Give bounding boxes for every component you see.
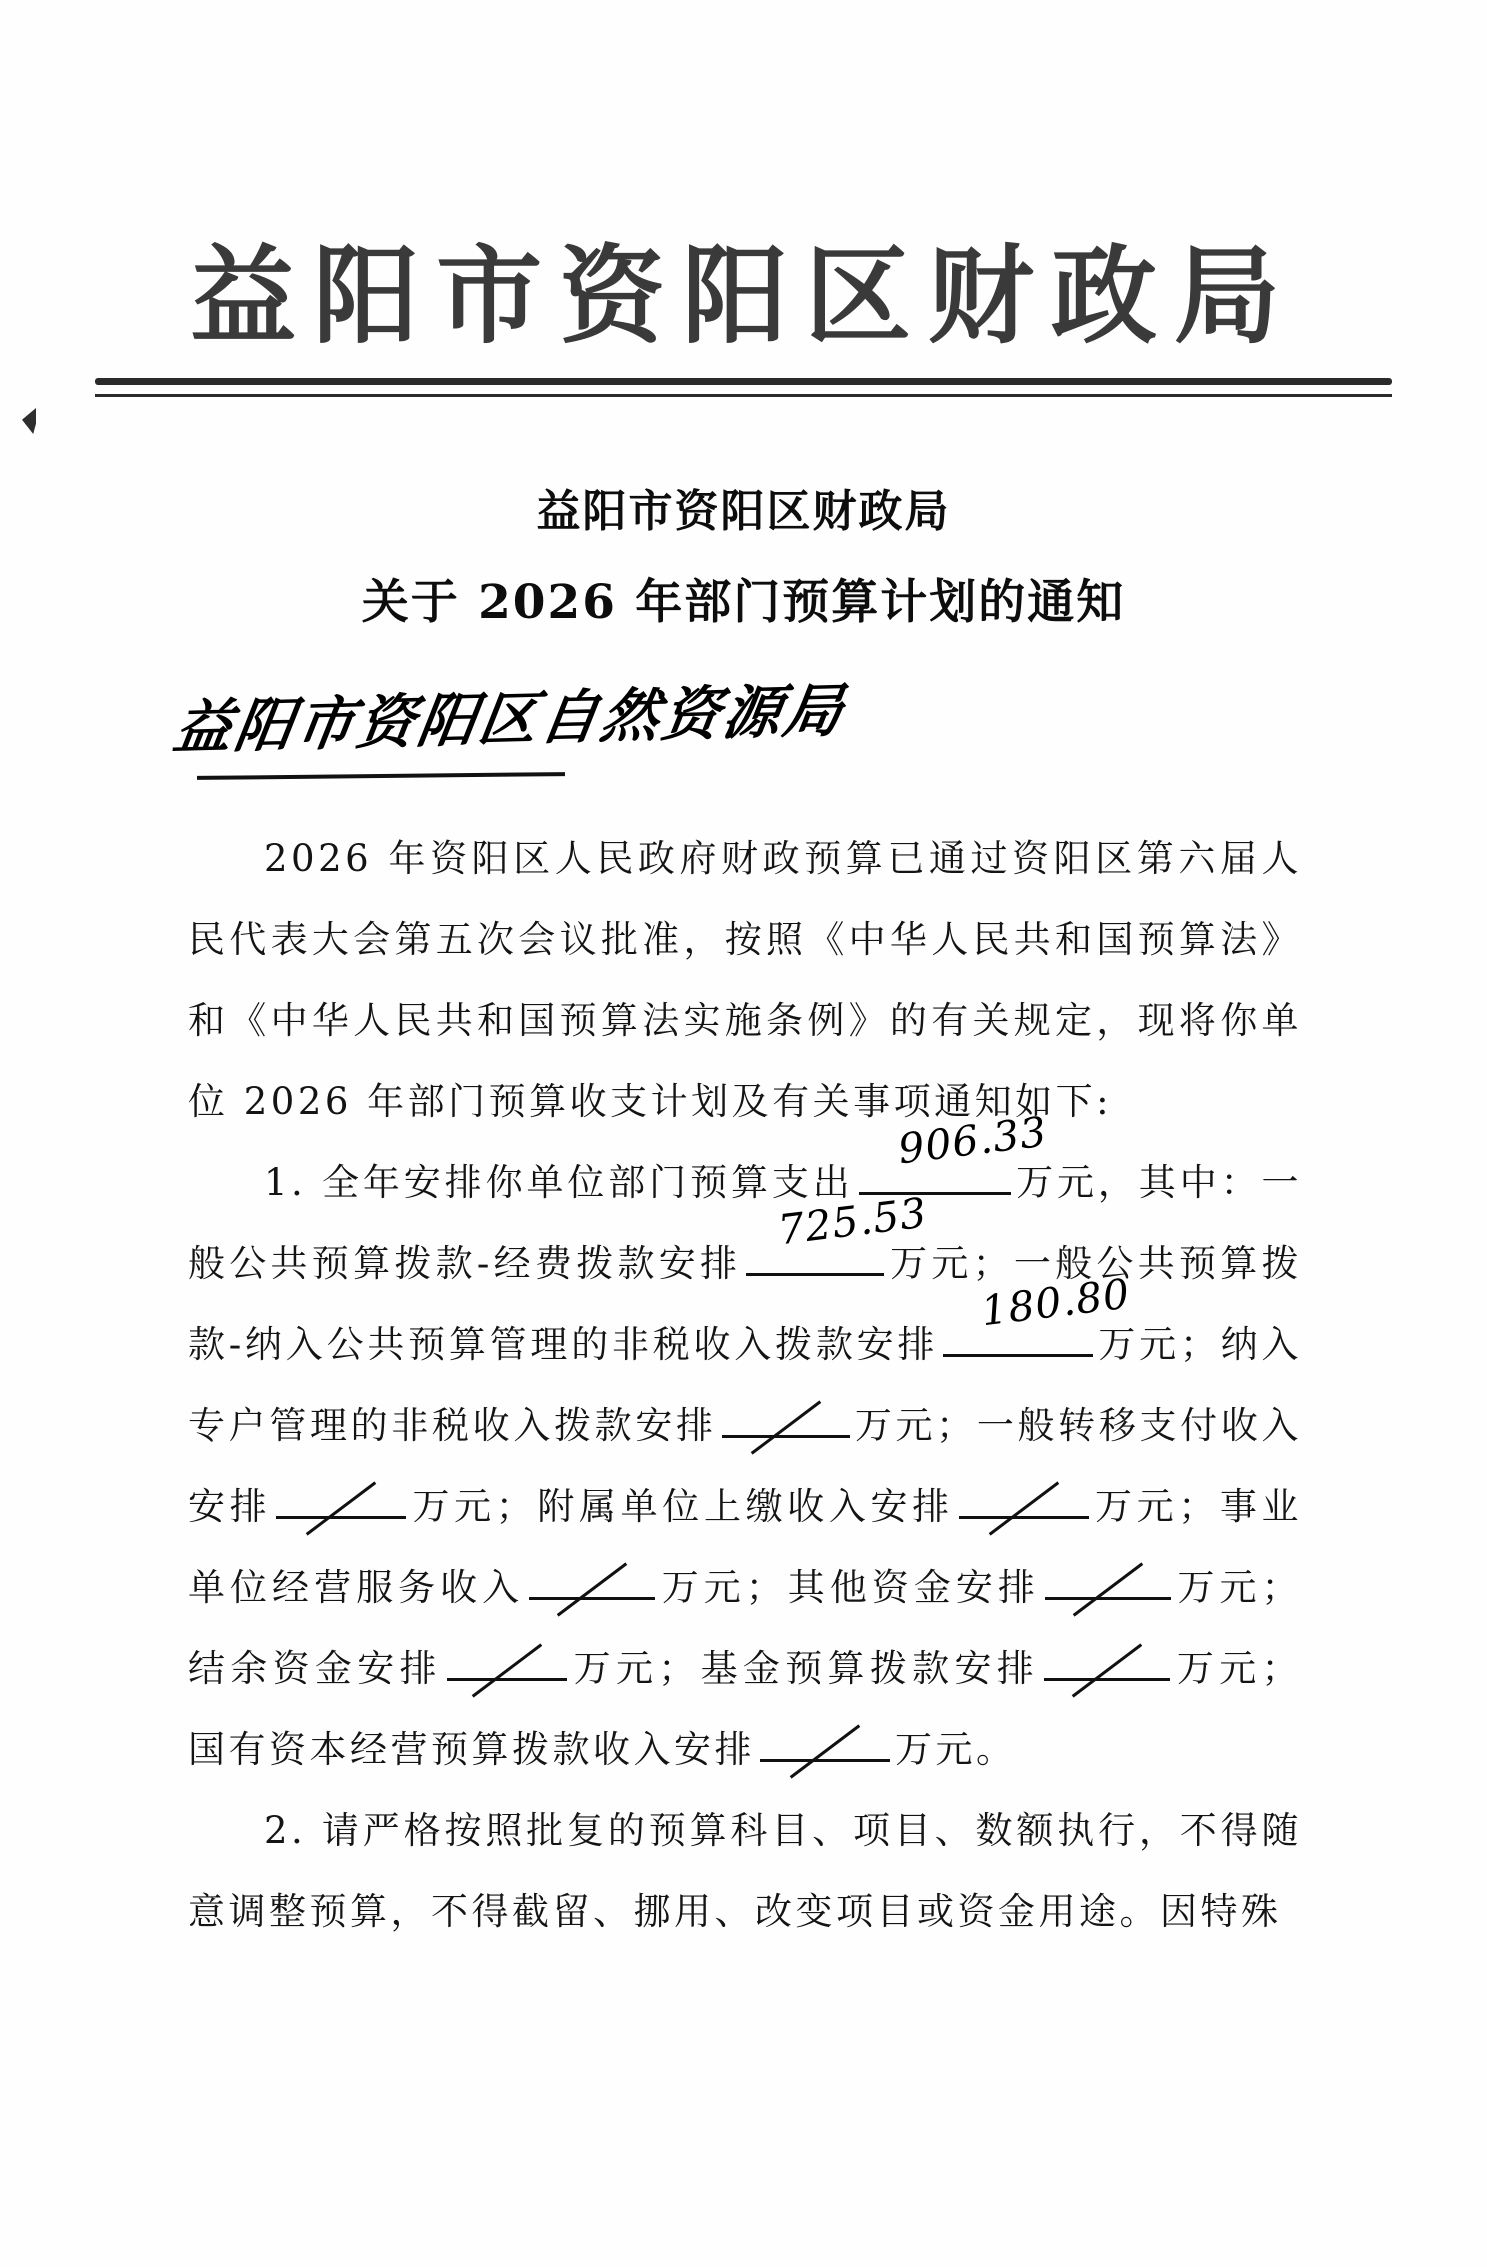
scanned-document-page: 益阳市资阳区财政局 益阳市资阳区财政局 关于 2026 年部门预算计划的通知 益… <box>0 0 1487 2267</box>
divider-thick-rule <box>95 378 1392 385</box>
slash-mark-icon <box>472 1643 542 1697</box>
letterhead-title: 益阳市资阳区财政局 <box>0 212 1487 364</box>
paragraph-budget-items: 1. 全年安排你单位部门预算支出906.33万元，其中：一般公共预算拨款-经费拨… <box>188 1142 1302 1790</box>
recipient-handwritten-name: 益阳市资阳区自然资源局 <box>169 663 852 765</box>
blank-affiliated-income <box>959 1480 1089 1519</box>
paragraph-execution-rules: 2. 请严格按照批复的预算科目、项目、数额执行，不得随意调整预算，不得截留、挪用… <box>188 1790 1302 1952</box>
blank-nontax-funding: 180.80 <box>943 1318 1093 1357</box>
blank-transfer-payment <box>276 1480 406 1519</box>
p2-text-6: 万元；附属单位上缴收入安排 <box>411 1485 954 1528</box>
slash-mark-icon <box>306 1481 376 1535</box>
slash-mark-icon <box>557 1562 627 1616</box>
blank-fund-budget <box>1044 1642 1170 1681</box>
document-title: 益阳市资阳区财政局 关于 2026 年部门预算计划的通知 <box>0 475 1487 632</box>
slash-mark-icon <box>790 1724 860 1778</box>
letterhead-divider <box>95 378 1392 397</box>
slash-mark-icon <box>989 1481 1059 1535</box>
blank-state-capital <box>760 1723 890 1762</box>
blank-surplus-funds <box>447 1642 567 1681</box>
document-title-line1: 益阳市资阳区财政局 <box>0 475 1487 539</box>
recipient-underline <box>197 772 565 780</box>
document-body: 2026 年资阳区人民政府财政预算已通过资阳区第六届人民代表大会第五次会议批准，… <box>188 818 1302 1952</box>
p2-text-12: 万元。 <box>895 1728 1017 1771</box>
scan-artifact <box>22 408 36 434</box>
paragraph-intro: 2026 年资阳区人民政府财政预算已通过资阳区第六届人民代表大会第五次会议批准，… <box>188 818 1302 1142</box>
p2-text-10: 万元；基金预算拨款安排 <box>572 1647 1039 1690</box>
divider-thin-rule <box>95 394 1392 397</box>
blank-operating-income <box>529 1561 655 1600</box>
slash-mark-icon <box>750 1400 820 1454</box>
blank-other-funds <box>1045 1561 1171 1600</box>
slash-mark-icon <box>1072 1643 1142 1697</box>
p2-text-8: 万元；其他资金安排 <box>660 1566 1040 1609</box>
blank-general-funding: 725.53 <box>746 1237 884 1276</box>
slash-mark-icon <box>1073 1562 1143 1616</box>
document-title-line2: 关于 2026 年部门预算计划的通知 <box>0 565 1487 632</box>
blank-special-account <box>722 1399 850 1438</box>
recipient-block: 益阳市资阳区自然资源局 <box>175 672 735 782</box>
